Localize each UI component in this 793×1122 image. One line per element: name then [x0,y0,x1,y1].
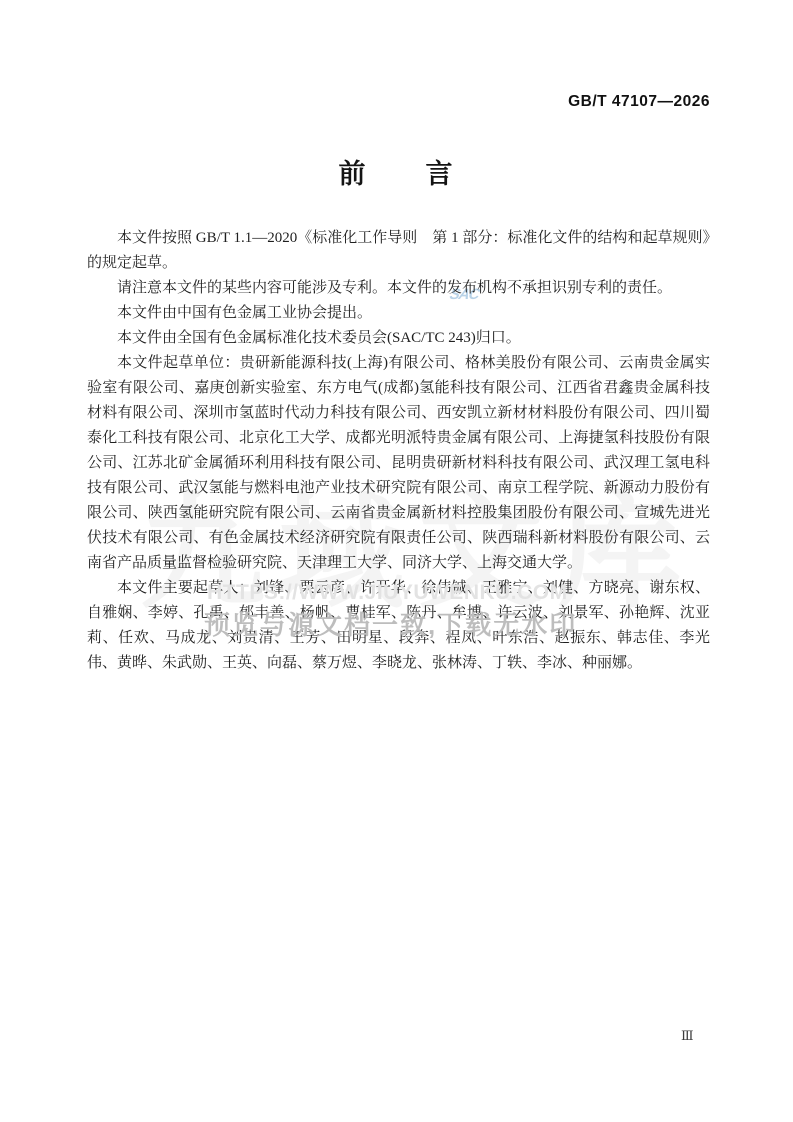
foreword-paragraph-drafting-organizations: 本文件起草单位：贵研新能源科技(上海)有限公司、格林美股份有限公司、云南贵金属实… [87,351,710,576]
site-slogan-watermark: 预览与源文档一致,下载无水印 [204,605,577,642]
foreword-paragraph-committee: 本文件由全国有色金属标准化技术委员会(SAC/TC 243)归口。 [87,326,710,351]
foreword-paragraph-conformance: 本文件按照 GB/T 1.1—2020《标准化工作导则 第 1 部分：标准化文件… [87,226,710,276]
page-number: Ⅲ [681,1028,694,1044]
site-url-watermark: HTTPS://WWW.JIUYUWENKU.COM [207,581,568,605]
page-title: 前 言 [0,152,793,191]
document-page: GB/T 47107—2026 前 言 九域文库 SAC 本文件按照 GB/T … [0,0,793,1122]
foreword-paragraph-patent-notice: 请注意本文件的某些内容可能涉及专利。本文件的发布机构不承担识别专利的责任。 [87,276,710,301]
foreword-paragraph-proposed-by: 本文件由中国有色金属工业协会提出。 [87,301,710,326]
standard-code: GB/T 47107—2026 [568,93,710,111]
